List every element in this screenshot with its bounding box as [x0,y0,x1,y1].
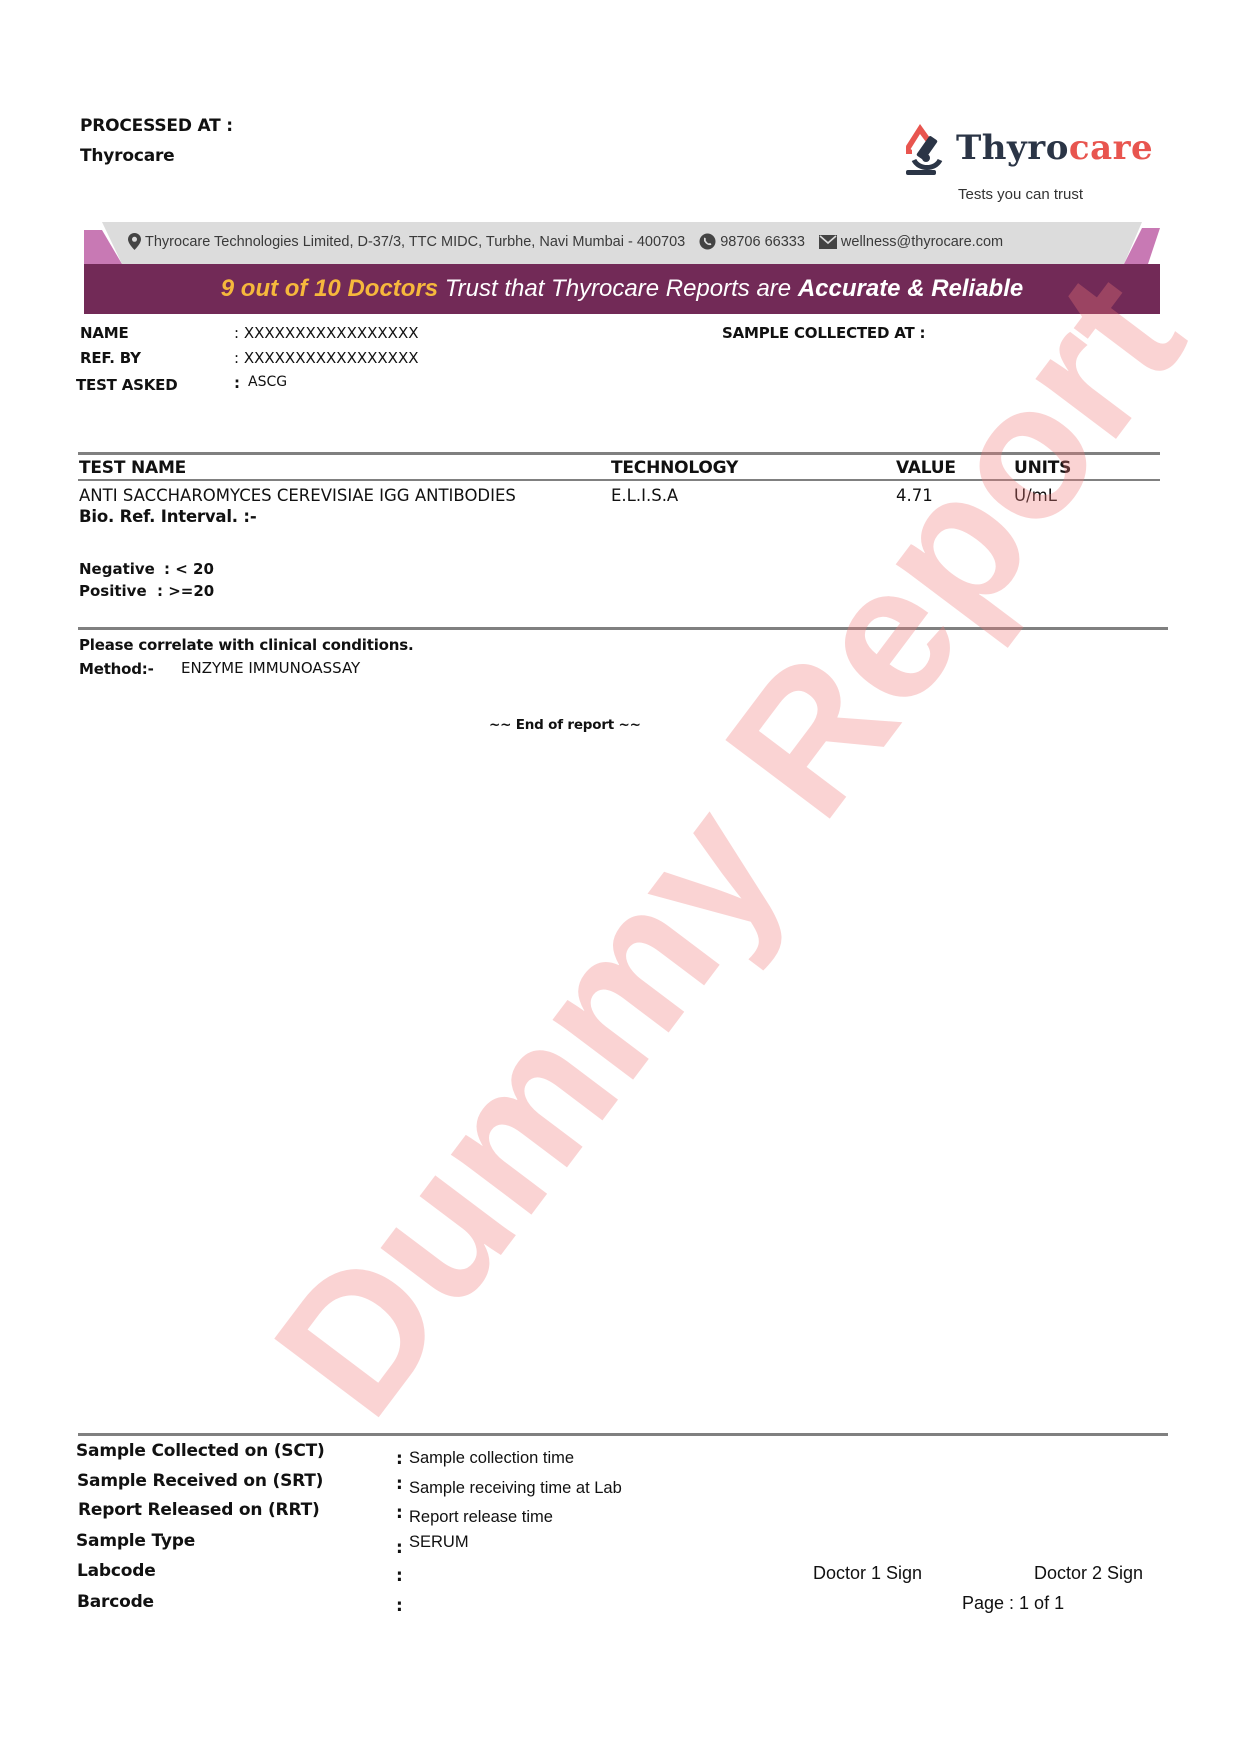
test-asked-label: TEST ASKED [76,376,177,394]
ref-range-negative-label: Negative [79,560,155,578]
method-label: Method:- [79,660,154,678]
lab-address: Thyrocare Technologies Limited, D-37/3, … [145,234,685,250]
sct-colon: : [396,1449,403,1469]
processed-at-label: PROCESSED AT : [80,116,233,136]
sample-type-value: SERUM [409,1533,469,1552]
labcode-colon: : [396,1566,403,1586]
table-top-rule [78,452,1160,455]
contact-banner: Thyrocare Technologies Limited, D-37/3, … [84,222,1160,314]
units-cell: U/mL [1014,486,1057,505]
col-header-technology: TECHNOLOGY [611,458,738,478]
banner-tagline: 9 out of 10 Doctors Trust that Thyrocare… [84,275,1160,303]
labcode-label: Labcode [77,1561,156,1581]
sample-type-label: Sample Type [76,1531,195,1551]
srt-label: Sample Received on (SRT) [77,1471,323,1491]
footer-top-rule [78,1433,1168,1436]
srt-colon: : [396,1474,403,1494]
logo-wordmark: Thyrocare [956,128,1153,168]
rrt-value: Report release time [409,1508,553,1527]
clinical-note: Please correlate with clinical condition… [79,636,413,654]
location-pin-icon [128,233,141,250]
page-indicator: Page : 1 of 1 [962,1593,1064,1614]
table-header-rule [78,479,1160,481]
ref-range-positive-label: Positive [79,582,147,600]
doctor-1-sign: Doctor 1 Sign [813,1563,922,1584]
sample-type-colon: : [396,1538,403,1558]
doctor-2-sign: Doctor 2 Sign [1034,1563,1143,1584]
ref-by-label: REF. BY [80,349,141,367]
lab-email[interactable]: wellness@thyrocare.com [841,234,1003,250]
processed-at-value: Thyrocare [80,146,175,166]
sct-value: Sample collection time [409,1449,574,1468]
lab-phone[interactable]: 98706 66333 [720,234,805,250]
thyrocare-logo: Thyrocare Tests you can trust [900,120,1160,210]
value-cell: 4.71 [896,486,933,505]
sct-label: Sample Collected on (SCT) [76,1441,325,1461]
col-header-test-name: TEST NAME [79,458,186,478]
ref-by-value: : XXXXXXXXXXXXXXXXX [234,349,419,367]
end-of-report: ~~ End of report ~~ [489,717,641,733]
sample-collected-at-label: SAMPLE COLLECTED AT : [722,324,925,342]
method-value: ENZYME IMMUNOASSAY [181,659,360,677]
banner-contact-line: Thyrocare Technologies Limited, D-37/3, … [128,233,1003,250]
microscope-drop-icon [900,120,948,180]
ref-range-positive-value: : >=20 [157,582,214,600]
name-value: : XXXXXXXXXXXXXXXXX [234,324,419,342]
srt-value: Sample receiving time at Lab [409,1479,622,1498]
technology-cell: E.L.I.S.A [611,486,678,505]
barcode-colon: : [396,1596,403,1616]
rrt-label: Report Released on (RRT) [78,1500,320,1520]
barcode-label: Barcode [77,1592,154,1612]
results-bottom-rule [78,627,1168,630]
bio-ref-interval-label: Bio. Ref. Interval. :- [79,507,256,526]
ref-range-negative-value: : < 20 [164,560,214,578]
test-asked-colon: : [234,374,240,392]
test-name-cell: ANTI SACCHAROMYCES CEREVISIAE IGG ANTIBO… [79,486,516,505]
rrt-colon: : [396,1503,403,1523]
col-header-units: UNITS [1014,458,1071,478]
name-label: NAME [80,324,129,342]
whatsapp-icon [699,233,716,250]
logo-tagline: Tests you can trust [958,186,1083,203]
col-header-value: VALUE [896,458,956,478]
email-icon [819,235,837,249]
test-asked-value: ASCG [248,374,287,390]
